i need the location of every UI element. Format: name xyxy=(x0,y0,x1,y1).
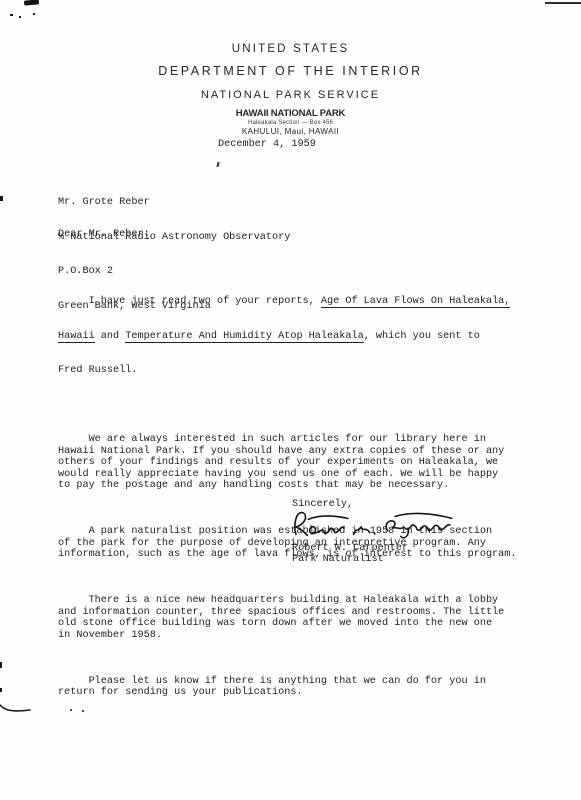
body-line: There is a nice new headquarters buildin… xyxy=(58,595,534,607)
scan-artifact-dot xyxy=(10,14,13,16)
body-line: Fred Russell. xyxy=(58,365,534,377)
body-line: would really appreciate having you send … xyxy=(58,469,534,481)
report-title-underlined: Temperature And Humidity Atop Haleakala xyxy=(125,331,363,343)
scanned-letter-page: UNITED STATES DEPARTMENT OF THE INTERIOR… xyxy=(0,0,581,800)
body-line: in November 1958. xyxy=(58,630,534,642)
body-line: old stone office building was torn down … xyxy=(58,618,534,630)
scan-artifact-edge-tick xyxy=(0,196,3,201)
body-line: Hawaii National Park. If you should have… xyxy=(58,446,534,458)
scan-artifact-edge-tick xyxy=(0,662,2,668)
scan-artifact-squiggle xyxy=(0,702,34,714)
body-line: I have just read two of your reports, Ag… xyxy=(58,296,534,308)
body-line: others of your findings and results of y… xyxy=(58,457,534,469)
scan-artifact-smudge xyxy=(24,0,39,6)
letterhead-department: DEPARTMENT OF THE INTERIOR xyxy=(0,64,581,78)
body-line: We are always interested in such article… xyxy=(58,434,534,446)
body-line: to pay the postage and any handling cost… xyxy=(58,480,534,492)
letterhead-park-service: NATIONAL PARK SERVICE xyxy=(0,89,581,101)
recipient-name: Mr. Grote Reber xyxy=(58,197,290,209)
body-text: , which you sent to xyxy=(364,331,480,342)
paragraph-2: We are always interested in such article… xyxy=(58,434,534,492)
letter-date: December 4, 1959 xyxy=(218,139,316,151)
body-line: Please let us know if there is anything … xyxy=(58,676,534,688)
letterhead-city: KAHULUI, Maui, HAWAII xyxy=(0,127,581,136)
scan-artifact-dot xyxy=(19,16,21,18)
body-line: return for sending us your publications. xyxy=(58,687,534,699)
paragraph-4: There is a nice new headquarters buildin… xyxy=(58,595,534,641)
body-text: and xyxy=(95,331,126,342)
typed-signer-name: Robert W. Carpenter xyxy=(292,543,458,555)
letterhead-united-states: UNITED STATES xyxy=(0,43,581,55)
body-line: and information counter, three spacious … xyxy=(58,607,534,619)
body-text: I have just read two of your reports, xyxy=(58,296,321,307)
paragraph-1: I have just read two of your reports, Ag… xyxy=(58,273,534,400)
scan-artifact-stray-mark xyxy=(216,162,219,167)
scan-artifact-top-right-line xyxy=(545,2,581,4)
body-line: Hawaii and Temperature And Humidity Atop… xyxy=(58,331,534,343)
handwritten-signature xyxy=(286,508,458,542)
paragraph-5: Please let us know if there is anything … xyxy=(58,676,534,699)
report-title-underlined: Hawaii xyxy=(58,331,95,343)
letterhead-park-name: HAWAII NATIONAL PARK xyxy=(0,108,581,119)
salutation: Dear Mr. Reber: xyxy=(58,229,150,241)
signer-title: Park Naturalist xyxy=(292,554,458,566)
report-title-underlined: Age Of Lava Flows On Haleakala, xyxy=(321,296,511,308)
letterhead-section-address: Haleakala Section — Box 456 xyxy=(0,120,581,126)
letter-body: I have just read two of your reports, Ag… xyxy=(58,250,534,733)
closing-block: Sincerely, Robert W. Carpenter Park Natu… xyxy=(292,499,458,566)
scan-artifact-edge-tick xyxy=(0,688,2,692)
scan-artifact-dot xyxy=(33,13,35,15)
